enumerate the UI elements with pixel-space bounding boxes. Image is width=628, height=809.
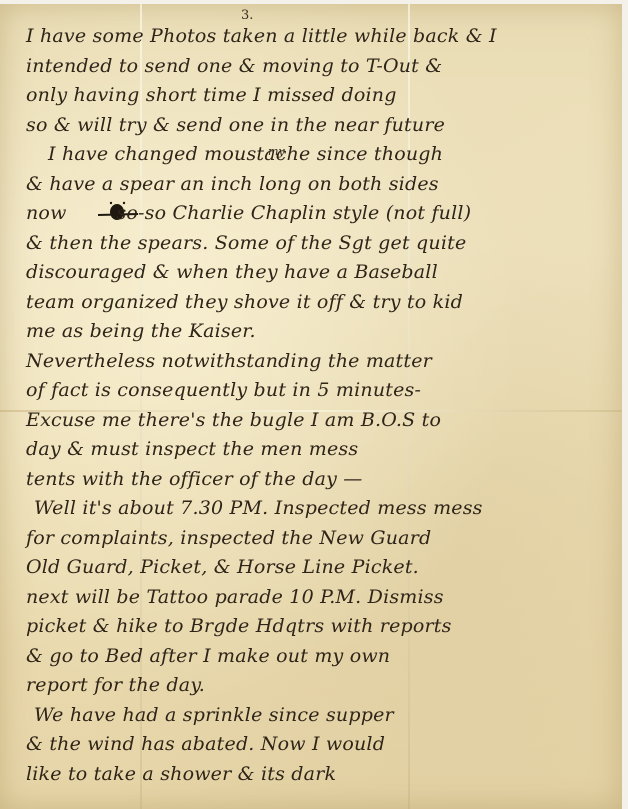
letter-line: so & will try & send one in the near fut… bbox=[26, 111, 616, 141]
letter-line: I have changed moustache since though bbox=[26, 140, 616, 170]
letter-line: team organized they shove it off & try t… bbox=[26, 288, 616, 318]
letter-line: now so-so Charlie Chaplin style (not ful… bbox=[26, 199, 616, 229]
letter-line: Old Guard, Picket, & Horse Line Picket. bbox=[26, 553, 616, 583]
letter-line: intended to send one & moving to T-Out & bbox=[26, 52, 616, 82]
letter-line: discouraged & when they have a Baseball bbox=[26, 258, 616, 288]
letter-line: & go to Bed after I make out my own bbox=[26, 642, 616, 672]
letter-line: & the wind has abated. Now I would bbox=[26, 730, 616, 760]
letter-line: & have a spear an inch long on both side… bbox=[26, 170, 616, 200]
letter-line: me as being the Kaiser. bbox=[26, 317, 616, 347]
letter-line: I have some Photos taken a little while … bbox=[26, 22, 616, 52]
letter-line: like to take a shower & its dark bbox=[26, 760, 616, 790]
letter-line: We have had a sprinkle since supper bbox=[26, 701, 616, 731]
letter-line: picket & hike to Brgde Hdqtrs with repor… bbox=[26, 612, 616, 642]
letter-line: & then the spears. Some of the Sgt get q… bbox=[26, 229, 616, 259]
letter-line: Excuse me there's the bugle I am B.O.S t… bbox=[26, 406, 616, 436]
letter-line: of fact is consequently but in 5 minutes… bbox=[26, 376, 616, 406]
letter-line: report for the day. bbox=[26, 671, 616, 701]
letter-line: for complaints, inspected the New Guard bbox=[26, 524, 616, 554]
letter-line: next will be Tattoo parade 10 P.M. Dismi… bbox=[26, 583, 616, 613]
letter-line: only having short time I missed doing bbox=[26, 81, 616, 111]
letter-line: tents with the officer of the day — bbox=[26, 465, 616, 495]
page-number: 3. bbox=[241, 8, 253, 23]
letter-line: Well it's about 7.30 PM. Inspected mess … bbox=[26, 494, 616, 524]
letter-body: I have some Photos taken a little while … bbox=[26, 22, 616, 789]
letter-line: day & must inspect the men mess bbox=[26, 435, 616, 465]
letter-page: 3. my I have some Photos taken a little … bbox=[0, 4, 622, 809]
letter-line: Nevertheless notwithstanding the matter bbox=[26, 347, 616, 377]
